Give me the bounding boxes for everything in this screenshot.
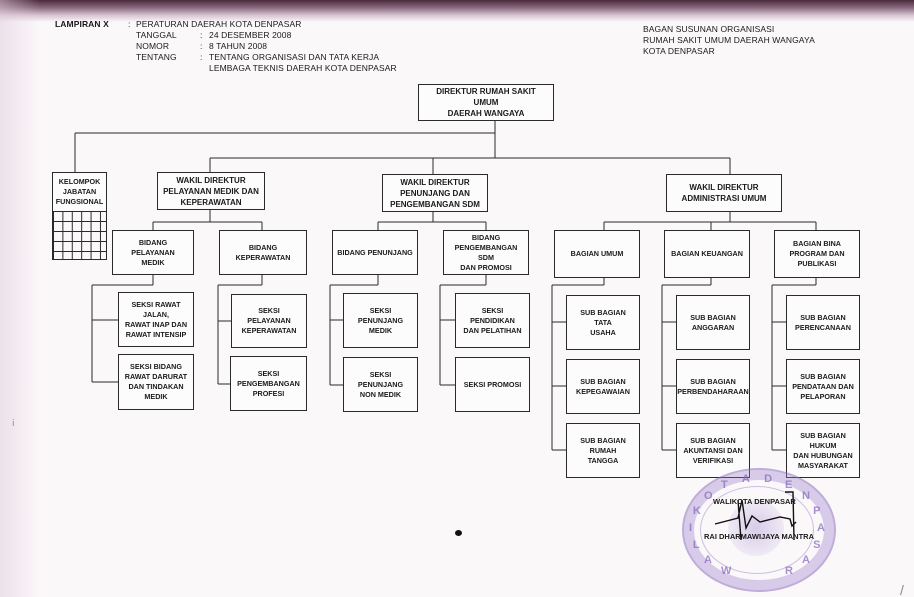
signature-name: RAI DHARMAWIJAYA MANTRA: [704, 532, 814, 541]
scan-mark: ⅰ: [12, 418, 15, 429]
signature-scribble-icon: [0, 0, 914, 597]
ink-blot: [455, 530, 462, 536]
scan-mark: /: [900, 582, 904, 597]
signature-title: WALIKOTA DENPASAR: [713, 497, 796, 506]
